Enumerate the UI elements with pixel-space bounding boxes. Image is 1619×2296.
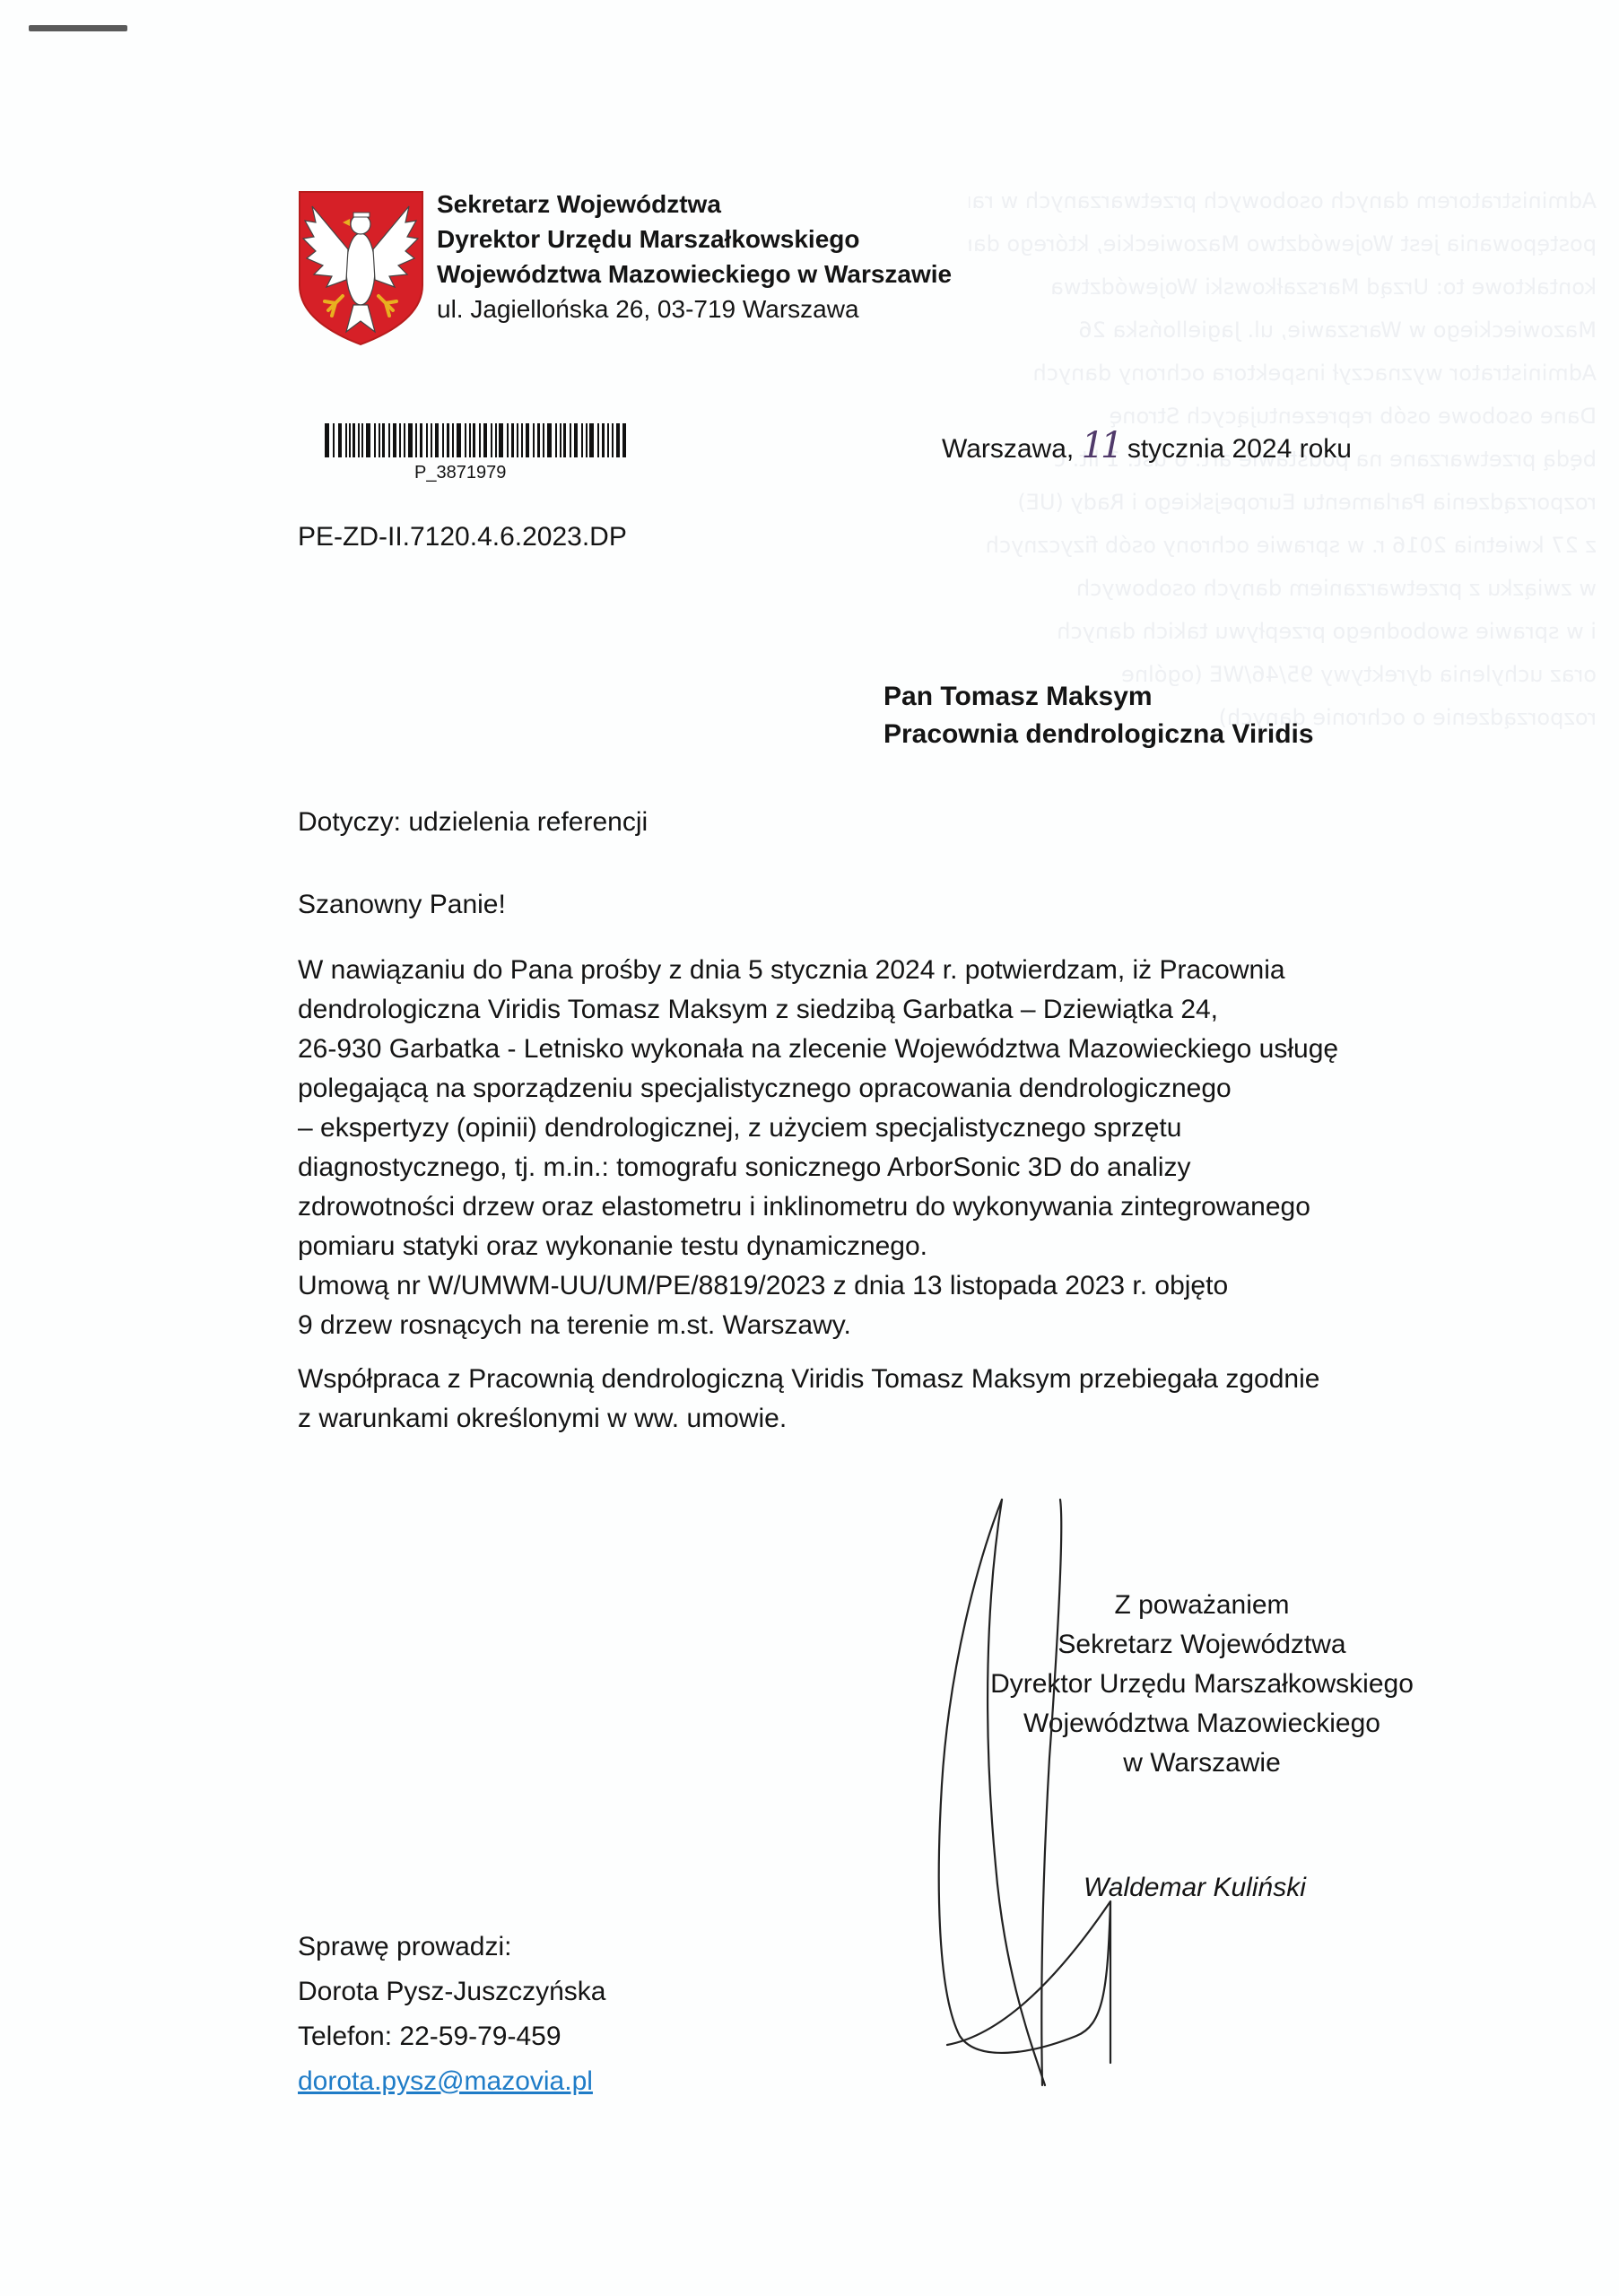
letterhead: Sekretarz Województwa Dyrektor Urzędu Ma… xyxy=(437,187,952,326)
body-line: 9 drzew rosnących na terenie m.st. Warsz… xyxy=(298,1306,1491,1345)
body-line: – ekspertyzy (opinii) dendrologicznej, z… xyxy=(298,1109,1491,1148)
body-line: 26-930 Garbatka - Letnisko wykonała na z… xyxy=(298,1030,1491,1069)
subject-line: Dotyczy: udzielenia referencji xyxy=(298,807,648,838)
contact-label: Sprawę prowadzi: xyxy=(298,1925,605,1970)
letter-date: Warszawa, 11 stycznia 2024 roku xyxy=(942,425,1352,466)
letter-body: W nawiązaniu do Pana prośby z dnia 5 sty… xyxy=(298,951,1491,1439)
body-line: dendrologiczna Viridis Tomasz Maksym z s… xyxy=(298,990,1491,1030)
recipient-company: Pracownia dendrologiczna Viridis xyxy=(883,716,1314,753)
barcode xyxy=(325,423,626,457)
letterhead-line2: Dyrektor Urzędu Marszałkowskiego xyxy=(437,222,952,257)
date-day-handwritten: 11 xyxy=(1082,425,1120,466)
greeting: Szanowny Panie! xyxy=(298,890,506,920)
scan-edge-mark xyxy=(29,25,127,31)
letterhead-address: ul. Jagiellońska 26, 03-719 Warszawa xyxy=(437,291,952,326)
recipient-block: Pan Tomasz Maksym Pracownia dendrologicz… xyxy=(883,678,1314,753)
date-rest: stycznia 2024 roku xyxy=(1127,434,1352,464)
body-line: polegającą na sporządzeniu specjalistycz… xyxy=(298,1069,1491,1109)
body-line: zdrowotności drzew oraz elastometru i in… xyxy=(298,1187,1491,1227)
contact-phone: Telefon: 22-59-79-459 xyxy=(298,2014,605,2059)
barcode-number: P_3871979 xyxy=(414,463,506,483)
recipient-name: Pan Tomasz Maksym xyxy=(883,678,1314,716)
body-line: Współpraca z Pracownią dendrologiczną Vi… xyxy=(298,1360,1491,1399)
body-line: Umową nr W/UMWM-UU/UM/PE/8819/2023 z dni… xyxy=(298,1266,1491,1306)
handwritten-signature-icon xyxy=(897,1489,1130,2099)
body-line: pomiaru statyki oraz wykonanie testu dyn… xyxy=(298,1227,1491,1266)
reference-number: PE-ZD-II.7120.4.6.2023.DP xyxy=(298,522,627,552)
contact-name: Dorota Pysz-Juszczyńska xyxy=(298,1970,605,2014)
date-place: Warszawa, xyxy=(942,434,1074,464)
contact-email-link[interactable]: dorota.pysz@mazovia.pl xyxy=(298,2066,593,2096)
mazovia-coat-of-arms-icon xyxy=(296,187,426,348)
letterhead-line3: Województwa Mazowieckiego w Warszawie xyxy=(437,257,952,291)
paragraph-gap xyxy=(298,1345,1491,1360)
body-line: z warunkami określonymi w ww. umowie. xyxy=(298,1399,1491,1439)
letterhead-line1: Sekretarz Województwa xyxy=(437,187,952,222)
body-line: diagnostycznego, tj. m.in.: tomografu so… xyxy=(298,1148,1491,1187)
contact-block: Sprawę prowadzi: Dorota Pysz-Juszczyńska… xyxy=(298,1925,605,2104)
body-line: W nawiązaniu do Pana prośby z dnia 5 sty… xyxy=(298,951,1491,990)
